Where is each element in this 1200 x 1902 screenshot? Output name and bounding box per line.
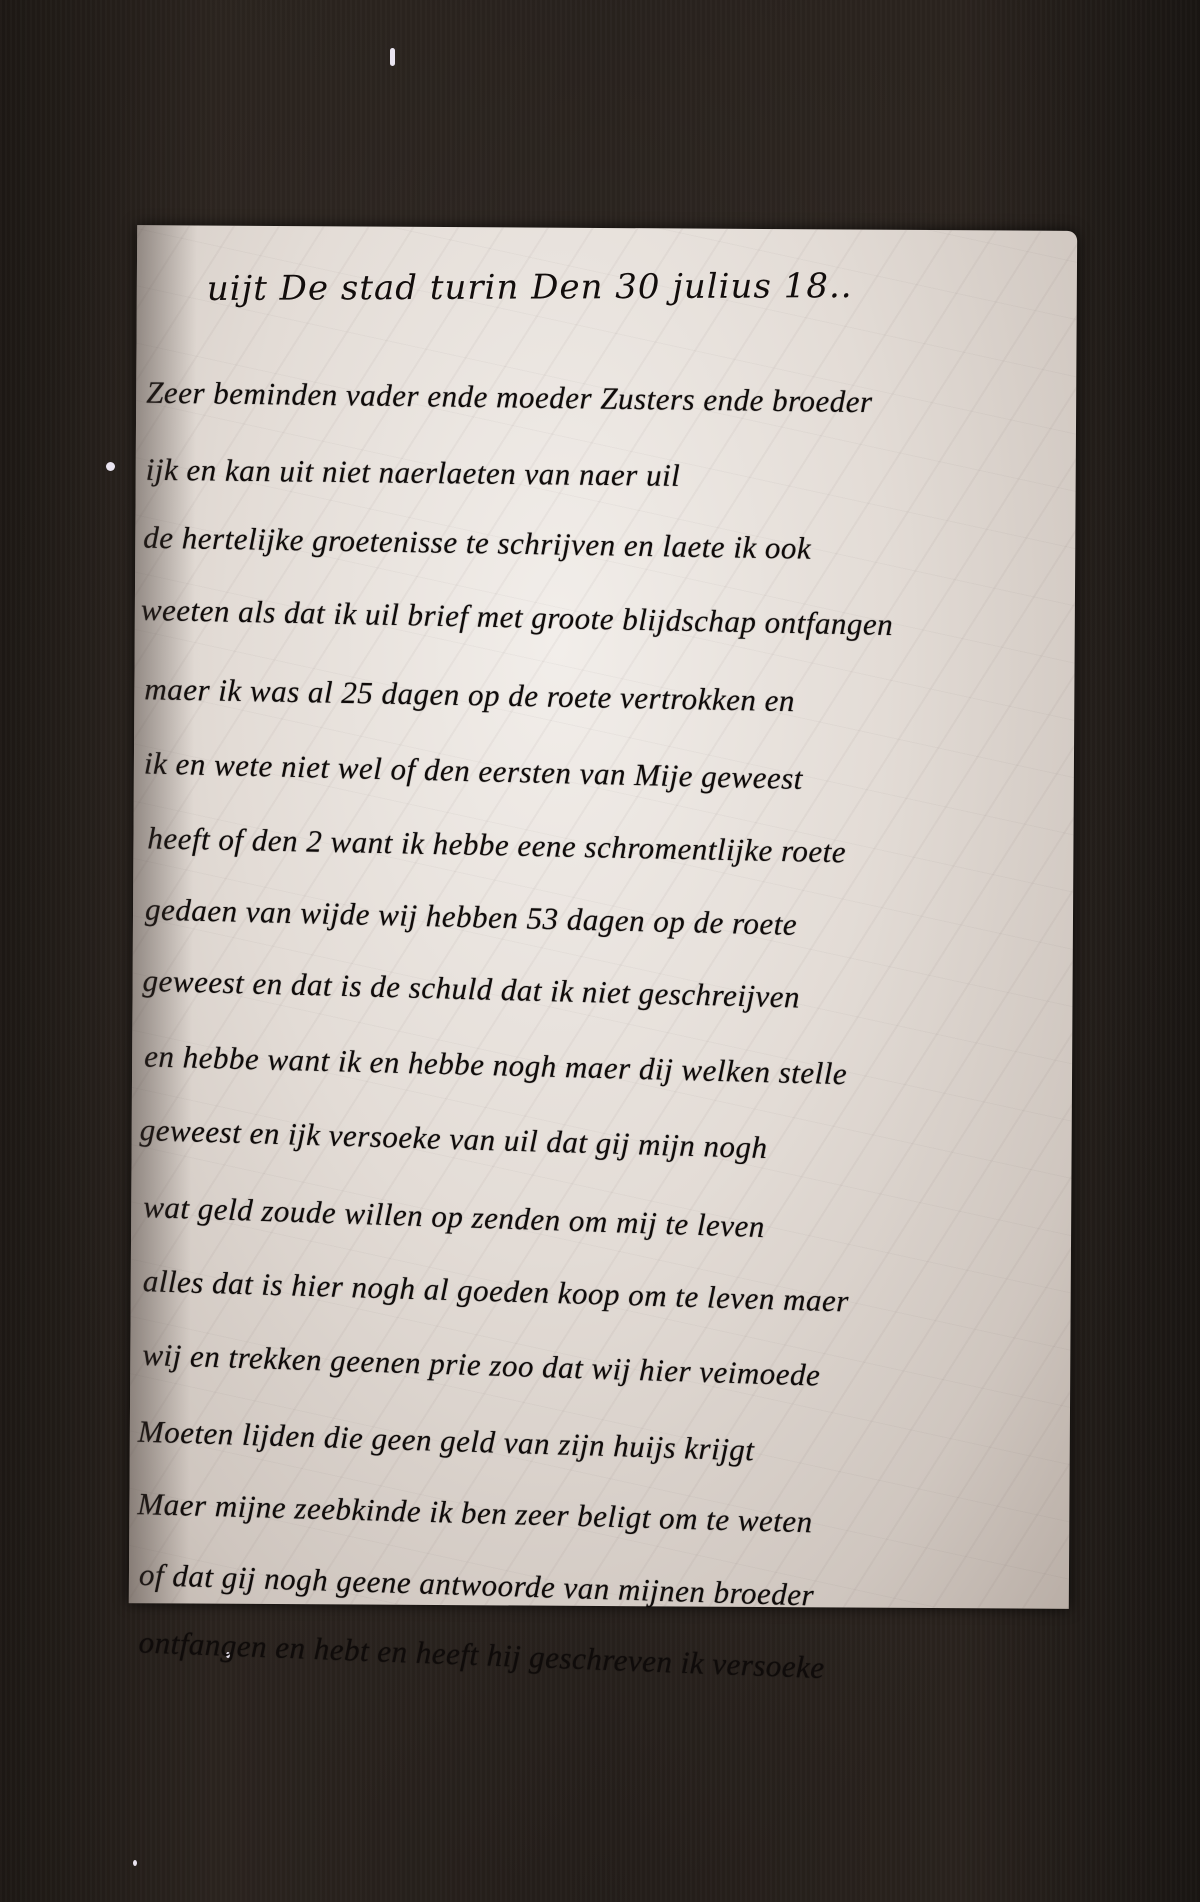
- letter-line: of dat gij nogh geene antwoorde van mijn…: [139, 1557, 815, 1614]
- letter-line: maer ik was al 25 dagen op de roete vert…: [144, 671, 795, 719]
- letter-line: ijk en kan uit niet naerlaeten van naer …: [146, 452, 681, 494]
- letter-page: uijt De stad turin Den 30 julius 18.. Ze…: [129, 225, 1077, 1609]
- letter-line: ontfangen en hebt en heeft hij geschreve…: [138, 1624, 825, 1686]
- letter-line: en hebbe want ik en hebbe nogh maer dij …: [144, 1038, 848, 1092]
- letter-line: geweest en ijk versoeke van uil dat gij …: [139, 1112, 768, 1166]
- letter-line: wij en trekken geenen prie zoo dat wij h…: [142, 1337, 821, 1394]
- dust-speck: [133, 1860, 137, 1866]
- dust-speck: [106, 462, 115, 471]
- dust-speck: [390, 48, 395, 66]
- letter-line: alles dat is hier nogh al goeden koop om…: [142, 1263, 849, 1319]
- letter-line: heeft of den 2 want ik hebbe eene schrom…: [147, 820, 846, 870]
- letter-line: Zeer beminden vader ende moeder Zusters …: [146, 375, 873, 421]
- letter-line: ik en wete niet wel of den eersten van M…: [144, 745, 804, 797]
- letter-line: de hertelijke groetenisse te schrijven e…: [143, 520, 812, 567]
- letter-line: weeten als dat ik uil brief met groote b…: [141, 592, 894, 643]
- letter-line: wat geld zoude willen op zenden om mij t…: [143, 1189, 766, 1245]
- letter-line: Moeten lijden die geen geld van zijn hui…: [137, 1414, 755, 1469]
- letter-line: geweest en dat is de schuld dat ik niet …: [142, 963, 800, 1016]
- letter-line: gedaen van wijde wij hebben 53 dagen op …: [145, 892, 798, 943]
- letter-heading: uijt De stad turin Den 30 julius 18..: [207, 266, 853, 309]
- letter-line: Maer mijne zeebkinde ik ben zeer beligt …: [137, 1486, 813, 1540]
